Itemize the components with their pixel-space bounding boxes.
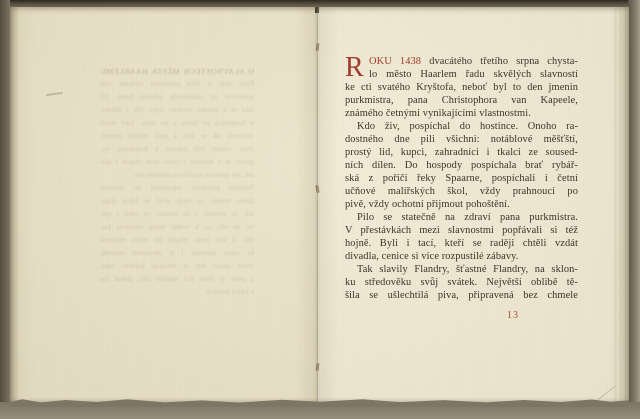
frame-left-edge (0, 0, 10, 419)
showthrough-line: Nejstarší pamětníci vzpomínali na slavno… (100, 182, 254, 195)
stacked-page-edges (611, 7, 629, 403)
showthrough-line: v hospodách po právu a po staru. Také mi… (100, 117, 254, 130)
showthrough-line: řilo. A kdo mohl, přispěl dle svých možn… (100, 234, 254, 247)
text-line: Tak slavily Flandry, šťastné Flandry, na… (345, 263, 578, 276)
showthrough-line: dávno minulé, na hody, jichž se kdysi úč… (100, 195, 254, 208)
showthrough-line: a zdraví dovolují. (100, 286, 254, 299)
text-line: Kdo živ, pospíchal do hostince. Onoho ra… (345, 120, 578, 133)
drop-cap: R (345, 55, 365, 81)
showthrough-line: cechovní, jak se sluší a patří, nikoho n… (100, 130, 254, 143)
showthrough-line: Pivní vůně se šířila prastarými uličkami… (100, 78, 254, 91)
first-line-text: dvacátého třetího srpna chysta- (429, 56, 578, 67)
right-page: R OKU 1438 dvacátého třetího srpna chyst… (317, 7, 629, 403)
text-line: purkmistra, pana Christophora van Kapeel… (345, 94, 578, 107)
open-book: O SLAVNOSTECH MĚSTA HAARLEMUPivní vůně s… (10, 7, 629, 403)
frame-right-edge (628, 0, 640, 419)
showthrough-line: rána se k poledni chystaly stoly, číše i… (100, 104, 254, 117)
text-line: prostý lid, kupci, zahradníci i tkalci z… (345, 146, 578, 159)
text-line: ská z poříčí řeky Spaarne, pospíchali i … (345, 172, 578, 185)
showthrough-text-block: O SLAVNOSTECH MĚSTA HAARLEMUPivní vůně s… (100, 65, 254, 299)
showthrough-line: O SLAVNOSTECH MĚSTA HAARLEMU (100, 65, 254, 78)
text-line: ku středověku svůj svátek. Největší obli… (345, 276, 578, 289)
text-line-first: OKU 1438 dvacátého třetího srpna chysta- (369, 55, 578, 68)
opening-word-red: OKU (369, 56, 392, 67)
text-line: pivě, vždy ochotní přijmout pohoštění. (345, 198, 578, 211)
text-line: hojně. Byli i tací, kteří se raději chtě… (345, 237, 578, 250)
text-line: ních dílen. Do hospody pospíchala brať r… (345, 159, 578, 172)
frame-top-edge (0, 0, 640, 7)
text-lines: lo město Haarlem řadu skvělých slavností… (345, 68, 578, 302)
paper-scratch-mark (46, 92, 63, 96)
book-photo-scene: O SLAVNOSTECH MĚSTA HAARLEMUPivní vůně s… (0, 0, 640, 419)
text-line: učňové malířských škol, vždy prahnoucí p… (345, 185, 578, 198)
showthrough-line: společnost již následovala průvodu hostů… (100, 91, 254, 104)
text-line: šila se ušlechtilá piva, připravená bez … (345, 289, 578, 302)
text-line: dostného dne pili všichni: notáblové měš… (345, 133, 578, 146)
page-number: 13 (507, 310, 519, 321)
left-page: O SLAVNOSTECH MĚSTA HAARLEMUPivní vůně s… (10, 7, 317, 403)
showthrough-line: teli, aby společně oslavili ten radostný… (100, 169, 254, 182)
text-line: známého četnými vynikajícími vlastnostmi… (345, 107, 578, 120)
showthrough-line: chali, všichni byli pozváni k hodokvasu,… (100, 143, 254, 156)
left-page-curvature-shadow (10, 7, 36, 403)
year-red: 1438 (400, 56, 421, 67)
text-line: Pilo se statečně na zdraví pana purkmist… (345, 211, 578, 224)
text-line: divadla, cenice si více rozpustilé zábav… (345, 250, 578, 263)
showthrough-line: a proto je třeba jich náležitě užít, dok… (100, 273, 254, 286)
showthrough-line: nili, na průvody a na muziky, na tance i… (100, 208, 254, 221)
showthrough-line: pravili se z domovů s celou svou chasou … (100, 156, 254, 169)
text-line: lo město Haarlem řadu skvělých slavností (369, 68, 578, 81)
text-line: V přestávkách mezi slavnostmi popřávali … (345, 224, 578, 237)
text-line: ke cti svatého Kryštofa, neboť byl to de… (345, 81, 578, 94)
showthrough-line: vždyť takové dny se nevracejí každého ro… (100, 260, 254, 273)
body-text-block: R OKU 1438 dvacátého třetího srpna chyst… (345, 55, 578, 302)
showthrough-line: ke zdaru slavnosti i k obveselení soused… (100, 247, 254, 260)
showthrough-line: vy, na vše, co k svátku města odedávna p… (100, 221, 254, 234)
